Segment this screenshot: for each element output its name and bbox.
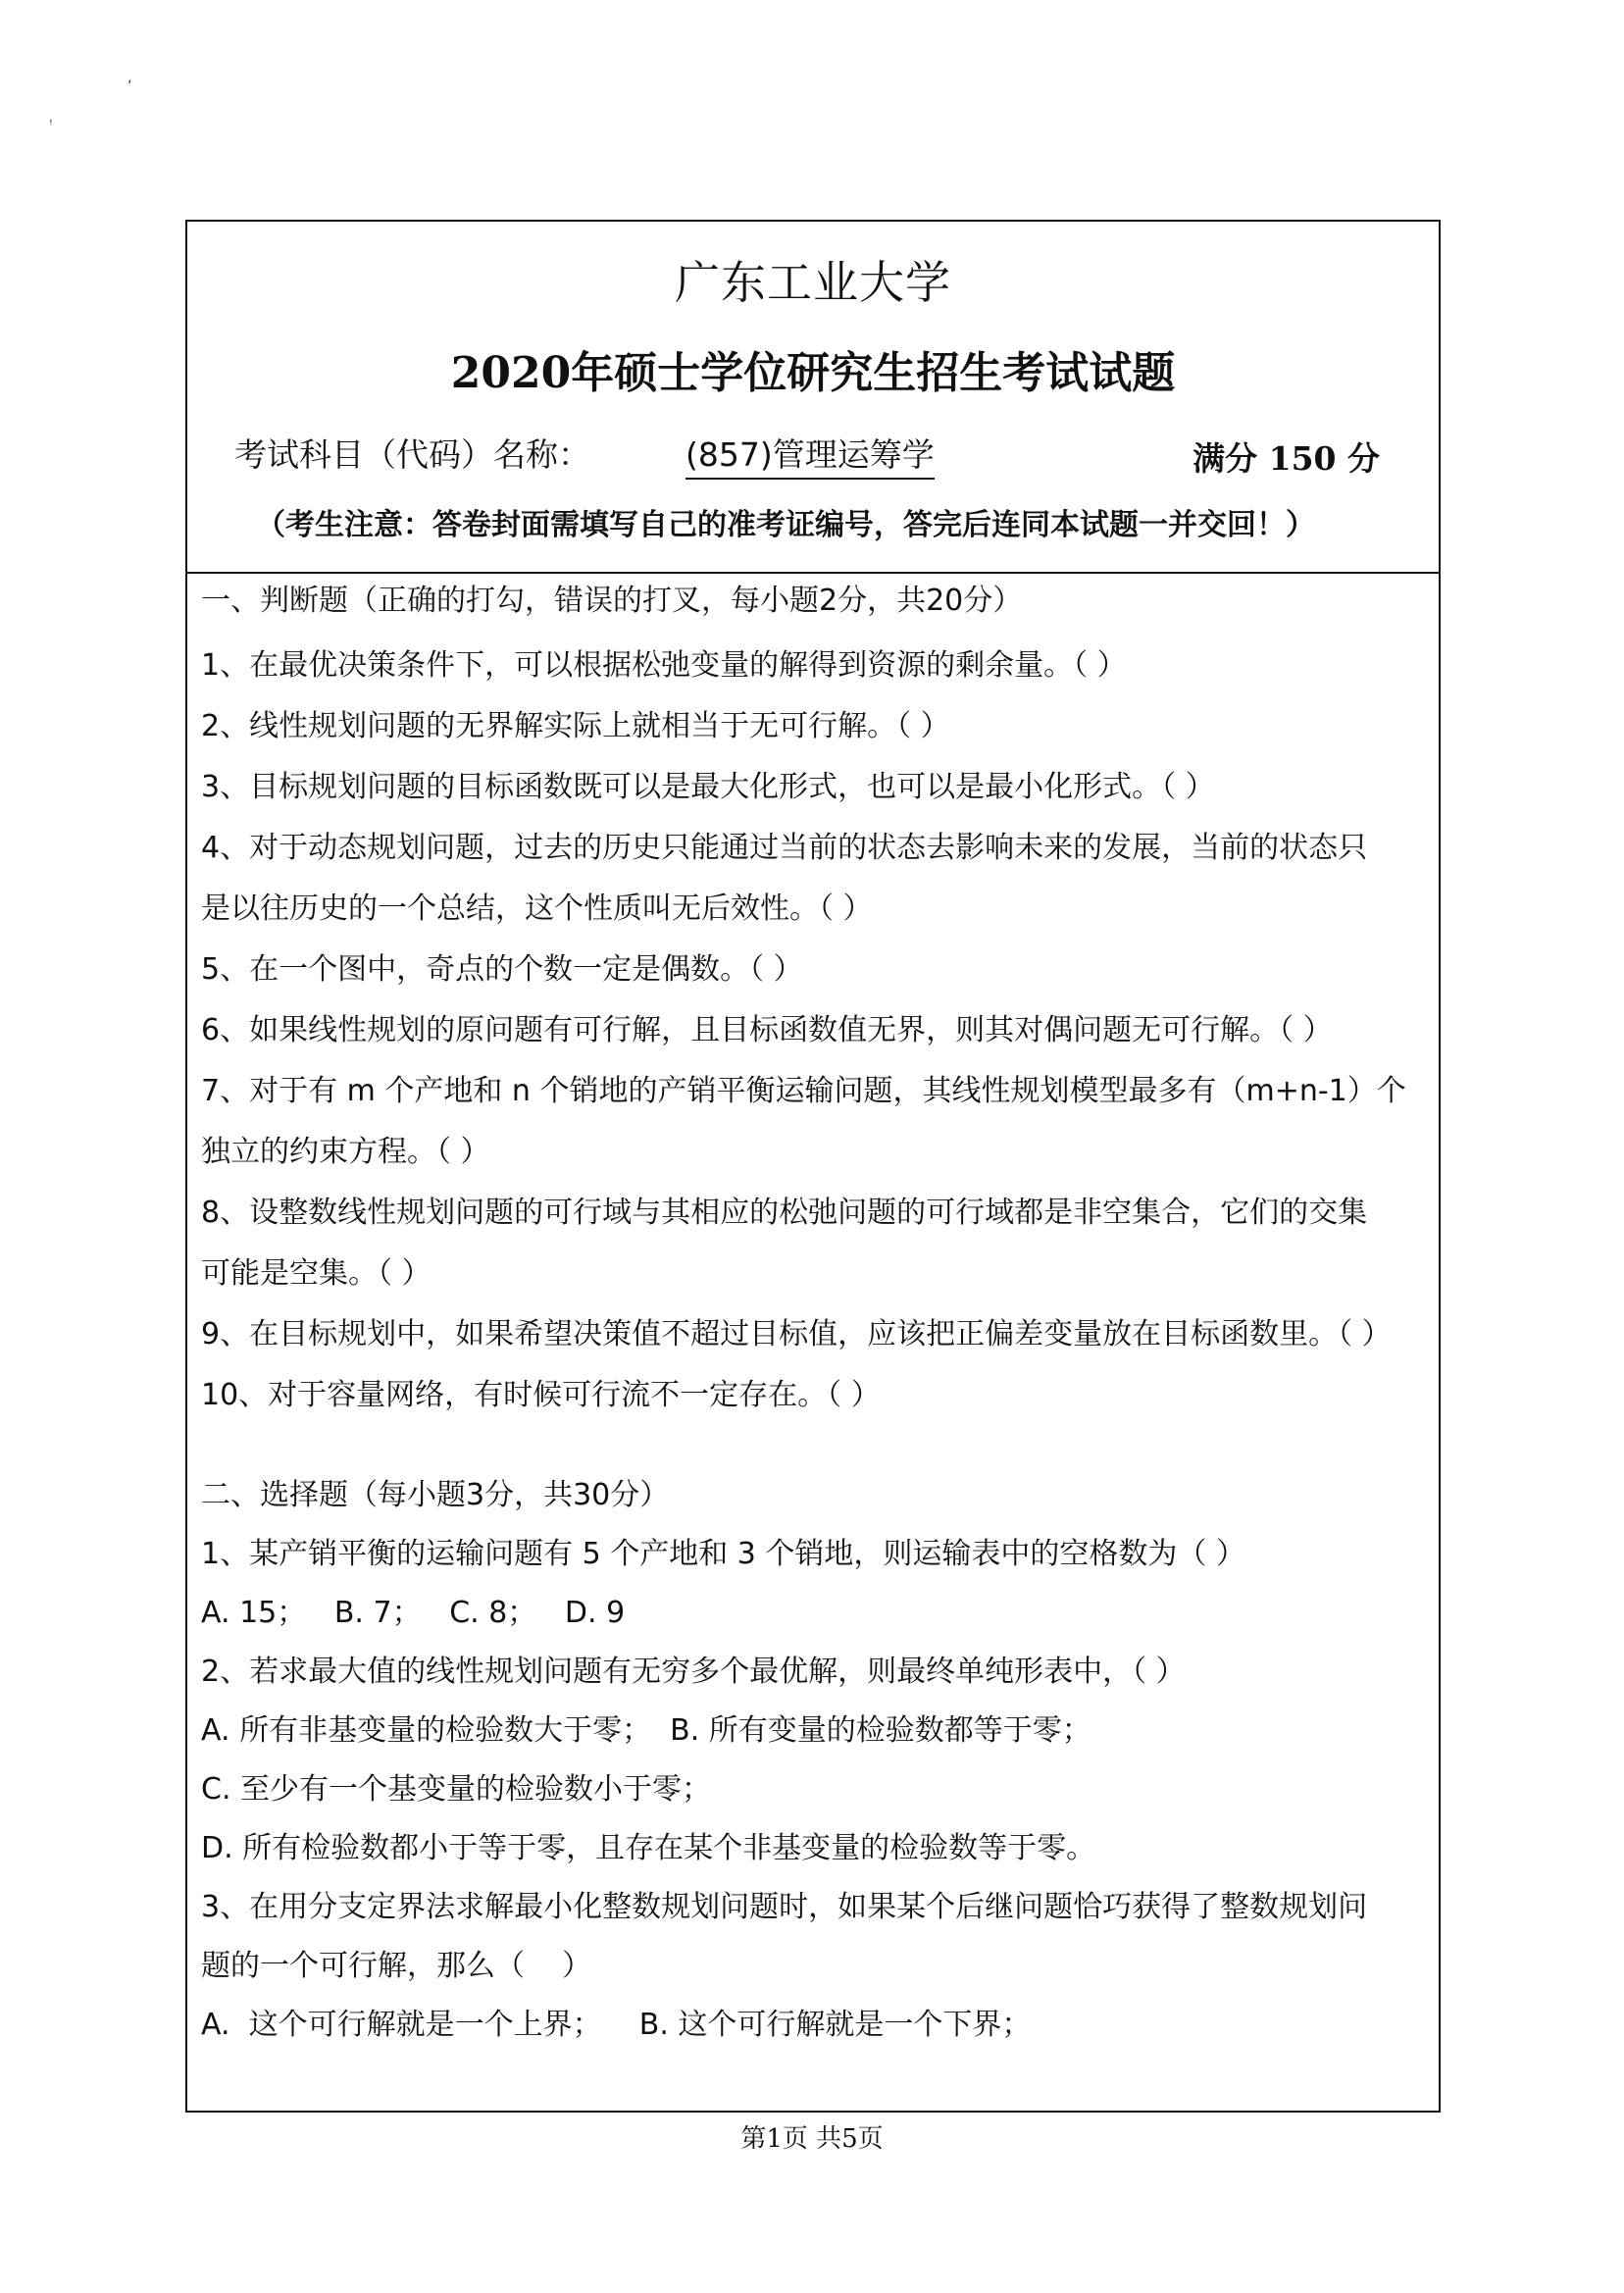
subject-value: (857)管理运筹学: [685, 430, 935, 480]
candidate-notice: （考生注意：答卷封面需填写自己的准考证编号，答完后连同本试题一并交回！）: [256, 500, 1315, 543]
answer-options-line: C. 至少有一个基变量的检验数小于零；: [201, 1770, 1425, 1809]
question-line: 10、对于容量网络，有时候可行流不一定存在。（ ）: [201, 1376, 1425, 1415]
section-true-false-title: 一、判断题（正确的打勾，错误的打叉，每小题2分，共20分）: [201, 582, 1425, 621]
exam-header: 广东工业大学 2020年硕士学位研究生招生考试试题 考试科目（代码）名称： (8…: [187, 222, 1439, 574]
question-line: 独立的约束方程。（ ）: [201, 1133, 1425, 1172]
question-line: 3、在用分支定界法求解最小化整数规划问题时，如果某个后继问题恰巧获得了整数规划问: [201, 1888, 1425, 1927]
subject-label: 考试科目（代码）名称：: [234, 430, 590, 476]
full-score: 满分 150 分: [1193, 433, 1380, 480]
question-line: 2、若求最大值的线性规划问题有无穷多个最优解，则最终单纯形表中，（ ）: [201, 1653, 1425, 1692]
question-line: 8、设整数线性规划问题的可行域与其相应的松弛问题的可行域都是非空集合，它们的交集: [201, 1194, 1425, 1233]
answer-options-line: A. 所有非基变量的检验数大于零； B. 所有变量的检验数都等于零；: [201, 1711, 1425, 1751]
page-number: 第1页 共5页: [0, 2118, 1624, 2155]
answer-options-line: A. 这个可行解就是一个上界； B. 这个可行解就是一个下界；: [201, 2006, 1425, 2045]
question-line: 可能是空集。（ ）: [201, 1254, 1425, 1294]
question-line: 1、某产销平衡的运输问题有 5 个产地和 3 个销地，则运输表中的空格数为（ ）: [201, 1535, 1425, 1574]
question-line: 6、如果线性规划的原问题有可行解，且目标函数值无界，则其对偶问题无可行解。（ ）: [201, 1011, 1425, 1050]
question-line: 是以往历史的一个总结，这个性质叫无后效性。（ ）: [201, 890, 1425, 929]
answer-options-line: A. 15； B. 7； C. 8； D. 9: [201, 1594, 1425, 1633]
question-line: 2、线性规划问题的无界解实际上就相当于无可行解。（ ）: [201, 707, 1425, 746]
exam-content: 一、判断题（正确的打勾，错误的打叉，每小题2分，共20分） 1、在最优决策条件下…: [201, 572, 1425, 2045]
question-line: 9、在目标规划中，如果希望决策值不超过目标值，应该把正偏差变量放在目标函数里。（…: [201, 1315, 1425, 1354]
subject-row: 考试科目（代码）名称： (857)管理运筹学 满分 150 分: [234, 430, 1380, 479]
question-line: 1、在最优决策条件下，可以根据松弛变量的解得到资源的剩余量。（ ）: [201, 646, 1425, 686]
question-line: 题的一个可行解，那么（ ）: [201, 1947, 1425, 1986]
exam-paper-frame: 广东工业大学 2020年硕士学位研究生招生考试试题 考试科目（代码）名称： (8…: [185, 220, 1441, 2113]
section-multiple-choice-title: 二、选择题（每小题3分，共30分）: [201, 1476, 1425, 1515]
scan-artifact: ʼ: [127, 78, 131, 94]
question-line: 5、在一个图中，奇点的个数一定是偶数。（ ）: [201, 950, 1425, 990]
university-name: 广东工业大学: [187, 247, 1439, 312]
question-line: 4、对于动态规划问题，过去的历史只能通过当前的状态去影响未来的发展，当前的状态只: [201, 829, 1425, 868]
scan-artifact: ꜝ: [49, 118, 53, 133]
question-line: 3、目标规划问题的目标函数既可以是最大化形式，也可以是最小化形式。（ ）: [201, 768, 1425, 807]
question-line: 7、对于有 m 个产地和 n 个销地的产销平衡运输问题，其线性规划模型最多有（m…: [201, 1072, 1425, 1111]
exam-title: 2020年硕士学位研究生招生考试试题: [187, 337, 1439, 400]
answer-options-line: D. 所有检验数都小于等于零，且存在某个非基变量的检验数等于零。: [201, 1829, 1425, 1868]
